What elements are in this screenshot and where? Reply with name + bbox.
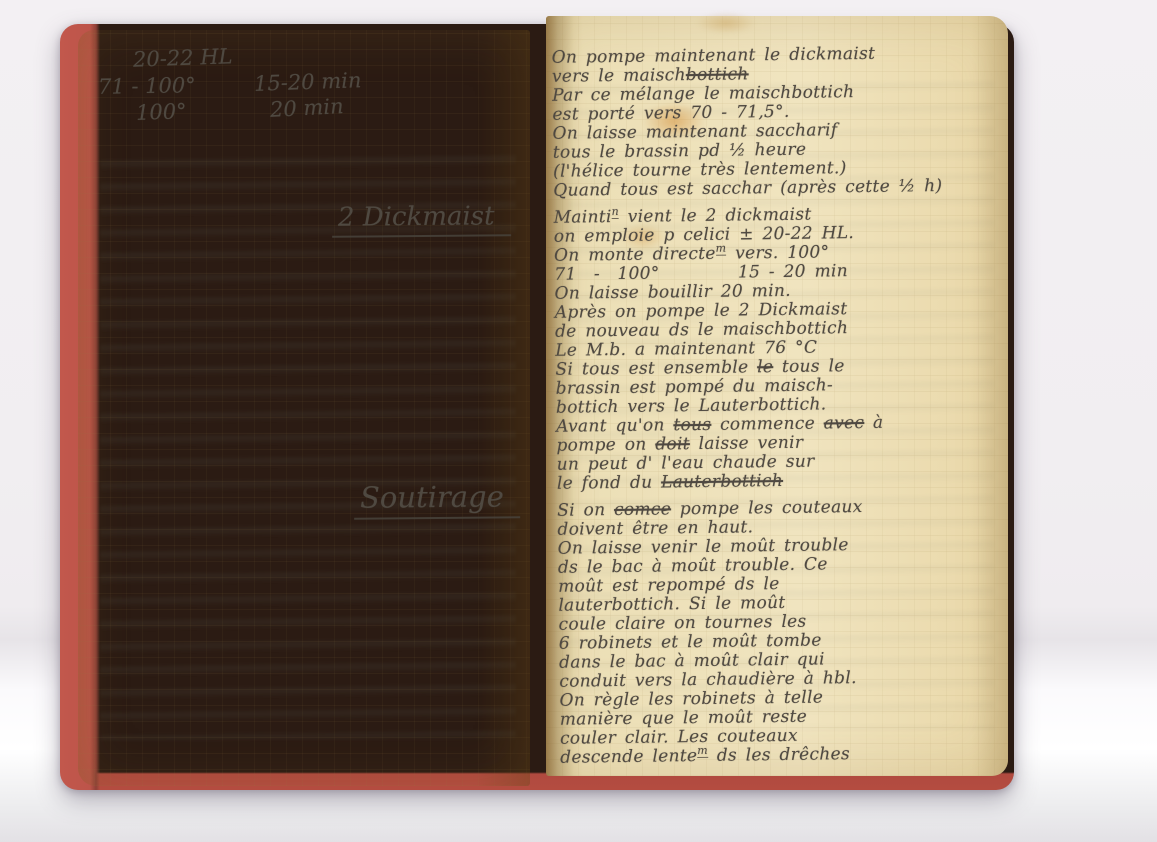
gutter-shadow (78, 30, 530, 786)
note-fragment: 100° (136, 99, 187, 125)
right-page: On pompe maintenant le dickmaistvers le … (546, 16, 1008, 776)
note-fragment: 15-20 min (254, 68, 362, 96)
note-fragment: 20 min (269, 94, 344, 122)
section-heading: 2 Dickmaist (332, 201, 511, 238)
manuscript-text: On pompe maintenant le dickmaistvers le … (552, 43, 1009, 775)
note-fragment: 71 - 100° (98, 73, 196, 99)
manuscript-line: le fond du Lauterbottich (557, 469, 1005, 493)
bleedthrough-overlay (100, 150, 516, 740)
stain (696, 12, 756, 34)
grid-overlay (78, 30, 530, 786)
note-fragment: 20-22 HL (133, 44, 233, 71)
section-heading: Soutirage (354, 479, 520, 519)
scan-background: 20-22 HL71 - 100°15-20 min100°20 min 2 D… (0, 0, 1157, 842)
manuscript-line: descende lentem ds les drêches (560, 743, 1008, 767)
manuscript-paragraph: Si on comce pompe les couteauxdoivent êt… (557, 496, 1008, 767)
manuscript-paragraph: Maintin vient le 2 dickmaiston emploie p… (554, 203, 1005, 493)
manuscript-paragraph: On pompe maintenant le dickmaistvers le … (552, 43, 1002, 200)
manuscript-line: Quand tous est sacchar (après cette ½ h) (553, 176, 1001, 200)
left-page: 20-22 HL71 - 100°15-20 min100°20 min 2 D… (78, 30, 530, 786)
